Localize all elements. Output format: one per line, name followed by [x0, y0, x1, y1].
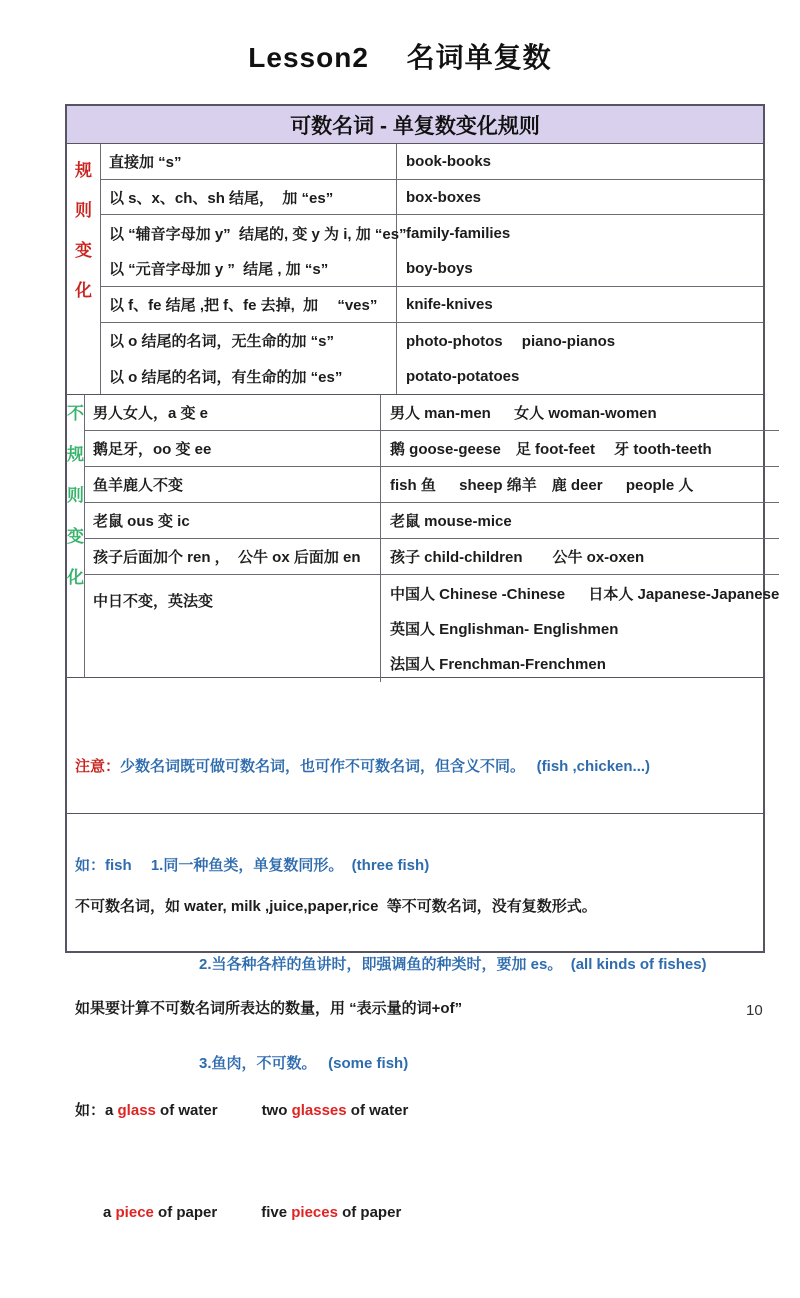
- table-row: 鹅足牙，oo 变 ee 鹅 goose-geese 足 foot-feet 牙 …: [85, 431, 779, 467]
- example-text: of water: [156, 1102, 218, 1119]
- label-char: 变: [75, 236, 92, 261]
- rule-text: 男人女人，a 变 e: [85, 395, 381, 430]
- rule-text: 鹅足牙，oo 变 ee: [85, 431, 381, 466]
- example-text: 男人 man-men 女人 woman-women: [381, 395, 779, 430]
- note-text: 少数名词既可做可数名词，也可作不可数名词，但含义不同。 (fish ,chick…: [120, 758, 650, 775]
- example-text: a: [103, 1204, 116, 1221]
- highlighted-word: glass: [118, 1102, 156, 1119]
- note-line-1: 注意：少数名词既可做可数名词，也可作不可数名词，但含义不同。 (fish ,ch…: [75, 750, 753, 783]
- table-row: 以 s、x、ch、sh 结尾， 加 “es” box-boxes: [101, 180, 763, 216]
- rule-text: 以 o 结尾的名词，有生命的加 “es”: [101, 358, 397, 394]
- note-prefix: 注意：: [75, 758, 120, 775]
- label-char: 化: [75, 276, 92, 301]
- irregular-label-column: 不 规 则 变 化: [67, 395, 85, 677]
- example-text: fish 鱼 sheep 绵羊 鹿 deer people 人: [381, 467, 779, 502]
- example-text: 鹅 goose-geese 足 foot-feet 牙 tooth-teeth: [381, 431, 779, 466]
- rule-text: 老鼠 ous 变 ic: [85, 503, 381, 538]
- label-char: 变: [67, 522, 84, 547]
- table-header: 可数名词 - 单复数变化规则: [67, 106, 763, 144]
- label-char: 不: [67, 399, 84, 424]
- table-row: 孩子后面加个 ren ， 公牛 ox 后面加 en 孩子 child-child…: [85, 539, 779, 575]
- highlighted-word: glasses: [292, 1102, 347, 1119]
- uncountable-example-2: a piece of paperfive pieces of paper: [75, 1196, 753, 1230]
- label-char: 化: [67, 563, 84, 588]
- example-text: of paper: [338, 1204, 401, 1221]
- example-text: 如：a: [75, 1102, 118, 1119]
- example-line: 法国人 Frenchman-Frenchmen: [390, 647, 606, 682]
- rule-text: 以 “辅音字母加 y” 结尾的, 变 y 为 i, 加 “es”: [101, 215, 397, 251]
- table-row: 鱼羊鹿人不变 fish 鱼 sheep 绵羊 鹿 deer people 人: [85, 467, 779, 503]
- table-row: 直接加 “s” book-books: [101, 144, 763, 180]
- example-text: 老鼠 mouse-mice: [381, 503, 779, 538]
- example-text: knife-knives: [397, 287, 763, 322]
- uncountable-example-1: 如：a glass of watertwo glasses of water: [75, 1094, 753, 1128]
- uncountable-line-2: 如果要计算不可数名词所表达的数量，用 “表示量的词+of”: [75, 992, 753, 1026]
- table-row: 以 o 结尾的名词，有生命的加 “es” potato-potatoes: [101, 358, 763, 394]
- uncountable-line-1: 不可数名词，如 water, milk ,juice,paper,rice 等不…: [75, 890, 753, 924]
- regular-rows: 直接加 “s” book-books 以 s、x、ch、sh 结尾， 加 “es…: [101, 144, 763, 394]
- example-text: two: [262, 1102, 292, 1119]
- rule-text: 鱼羊鹿人不变: [85, 467, 381, 502]
- example-text: five: [261, 1204, 291, 1221]
- page-number: 10: [746, 1002, 763, 1019]
- page-title: Lesson2 名词单复数: [0, 36, 800, 76]
- irregular-rows: 男人女人，a 变 e 男人 man-men 女人 woman-women 鹅足牙…: [85, 395, 779, 677]
- label-char: 规: [75, 156, 92, 181]
- highlighted-word: pieces: [291, 1204, 338, 1221]
- table-row: 以 “元音字母加 y ” 结尾 , 加 “s” boy-boys: [101, 251, 763, 287]
- table-row: 中日不变，英法变 中国人 Chinese -Chinese 日本人 Japane…: [85, 575, 779, 682]
- grammar-table: 可数名词 - 单复数变化规则 规 则 变 化 直接加 “s” book-book…: [65, 104, 765, 953]
- example-text: family-families: [397, 215, 763, 251]
- uncountable-section: 不可数名词，如 water, milk ,juice,paper,rice 等不…: [67, 814, 763, 954]
- rule-text: 中日不变，英法变: [85, 575, 381, 682]
- example-text: box-boxes: [397, 180, 763, 215]
- label-char: 则: [75, 196, 92, 221]
- rule-text: 以 s、x、ch、sh 结尾， 加 “es”: [101, 180, 397, 215]
- table-row: 以 “辅音字母加 y” 结尾的, 变 y 为 i, 加 “es” family-…: [101, 215, 763, 251]
- example-text: book-books: [397, 144, 763, 179]
- example-line: 中国人 Chinese -Chinese 日本人 Japanese-Japane…: [390, 577, 779, 612]
- example-text: 孩子 child-children 公牛 ox-oxen: [381, 539, 779, 574]
- label-char: 则: [67, 481, 84, 506]
- table-row: 男人女人，a 变 e 男人 man-men 女人 woman-women: [85, 395, 779, 431]
- table-row: 老鼠 ous 变 ic 老鼠 mouse-mice: [85, 503, 779, 539]
- label-char: 规: [67, 440, 84, 465]
- section-irregular-rules: 不 规 则 变 化 男人女人，a 变 e 男人 man-men 女人 woman…: [67, 395, 763, 678]
- note-section: 注意：少数名词既可做可数名词，也可作不可数名词，但含义不同。 (fish ,ch…: [67, 678, 763, 814]
- example-text: photo-photos piano-pianos: [397, 323, 763, 359]
- rule-text: 以 o 结尾的名词，无生命的加 “s”: [101, 323, 397, 359]
- table-row: 以 o 结尾的名词，无生命的加 “s” photo-photos piano-p…: [101, 323, 763, 359]
- example-text: boy-boys: [397, 251, 763, 286]
- example-text: of paper: [154, 1204, 217, 1221]
- rule-text: 直接加 “s”: [101, 144, 397, 179]
- table-row: 以 f、fe 结尾 ,把 f、fe 去掉, 加 “ves” knife-kniv…: [101, 287, 763, 323]
- rule-text: 以 “元音字母加 y ” 结尾 , 加 “s”: [101, 251, 397, 286]
- rule-text: 以 f、fe 结尾 ,把 f、fe 去掉, 加 “ves”: [101, 287, 397, 322]
- example-text-multiline: 中国人 Chinese -Chinese 日本人 Japanese-Japane…: [381, 575, 779, 682]
- section-regular-rules: 规 则 变 化 直接加 “s” book-books 以 s、x、ch、sh 结…: [67, 144, 763, 395]
- regular-label-column: 规 则 变 化: [67, 144, 101, 394]
- example-text: of water: [347, 1102, 409, 1119]
- example-line: 英国人 Englishman- Englishmen: [390, 612, 618, 647]
- rule-text: 孩子后面加个 ren ， 公牛 ox 后面加 en: [85, 539, 381, 574]
- highlighted-word: piece: [116, 1204, 154, 1221]
- example-text: potato-potatoes: [397, 358, 763, 394]
